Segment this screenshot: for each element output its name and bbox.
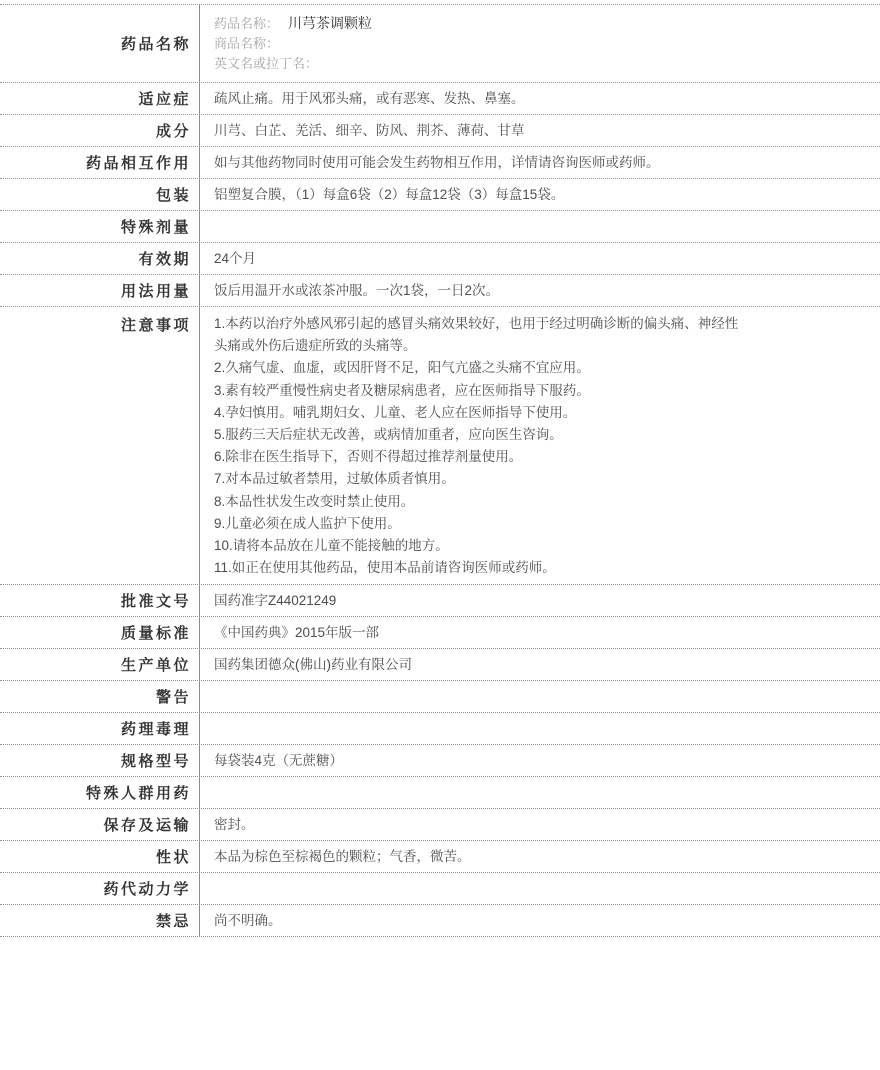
row-contraindications: 禁忌 尚不明确。 bbox=[0, 905, 880, 937]
row-label-manufacturer: 生产单位 bbox=[0, 649, 200, 680]
row-precautions: 注意事项 1.本药以治疗外感风邪引起的感冒头痛效果较好，也用于经过明确诊断的偏头… bbox=[0, 307, 880, 585]
row-value-drug-name: 药品名称： 川芎茶调颗粒 商品名称： 英文名或拉丁名： bbox=[200, 5, 880, 82]
row-value-packaging: 铝塑复合膜，（1）每盒6袋（2）每盒12袋（3）每盒15袋。 bbox=[200, 179, 880, 210]
row-label-indications: 适应症 bbox=[0, 83, 200, 114]
row-label-drug-interactions: 药品相互作用 bbox=[0, 147, 200, 178]
row-value-contraindications: 尚不明确。 bbox=[200, 905, 880, 936]
row-value-special-population bbox=[200, 777, 880, 808]
row-label-pharmacology-toxicology: 药理毒理 bbox=[0, 713, 200, 744]
generic-name-label: 药品名称： bbox=[214, 14, 279, 34]
row-warning: 警告 bbox=[0, 681, 880, 713]
row-label-dosage-usage: 用法用量 bbox=[0, 275, 200, 306]
row-special-dosage: 特殊剂量 bbox=[0, 211, 880, 243]
row-manufacturer: 生产单位 国药集团德众(佛山)药业有限公司 bbox=[0, 649, 880, 681]
row-value-special-dosage bbox=[200, 211, 880, 242]
row-value-shelf-life: 24个月 bbox=[200, 243, 880, 274]
row-label-approval-number: 批准文号 bbox=[0, 585, 200, 616]
row-drug-interactions: 药品相互作用 如与其他药物同时使用可能会发生药物相互作用，详情请咨询医师或药师。 bbox=[0, 147, 880, 179]
row-label-special-dosage: 特殊剂量 bbox=[0, 211, 200, 242]
generic-name-value: 川芎茶调颗粒 bbox=[288, 13, 372, 33]
row-value-specification: 每袋装4克（无蔗糖） bbox=[200, 745, 880, 776]
generic-name-field: 药品名称： 川芎茶调颗粒 bbox=[214, 13, 372, 34]
row-value-drug-interactions: 如与其他药物同时使用可能会发生药物相互作用，详情请咨询医师或药师。 bbox=[200, 147, 880, 178]
row-value-pharmacokinetics bbox=[200, 873, 880, 904]
row-label-shelf-life: 有效期 bbox=[0, 243, 200, 274]
row-value-approval-number: 国药准字Z44021249 bbox=[200, 585, 880, 616]
row-ingredients: 成分 川芎、白芷、羌活、细辛、防风、荆芥、薄荷、甘草 bbox=[0, 115, 880, 147]
row-indications: 适应症 疏风止痛。用于风邪头痛，或有恶寒、发热、鼻塞。 bbox=[0, 83, 880, 115]
row-value-storage-transport: 密封。 bbox=[200, 809, 880, 840]
row-special-population: 特殊人群用药 bbox=[0, 777, 880, 809]
row-label-warning: 警告 bbox=[0, 681, 200, 712]
row-shelf-life: 有效期 24个月 bbox=[0, 243, 880, 275]
row-label-packaging: 包装 bbox=[0, 179, 200, 210]
row-label-contraindications: 禁忌 bbox=[0, 905, 200, 936]
row-label-pharmacokinetics: 药代动力学 bbox=[0, 873, 200, 904]
row-value-quality-standard: 《中国药典》2015年版一部 bbox=[200, 617, 880, 648]
drug-info-table: 药品名称 药品名称： 川芎茶调颗粒 商品名称： 英文名或拉丁名： 适应症 疏风止… bbox=[0, 4, 880, 937]
trade-name-field: 商品名称： bbox=[214, 34, 288, 54]
row-label-properties: 性状 bbox=[0, 841, 200, 872]
row-value-precautions: 1.本药以治疗外感风邪引起的感冒头痛效果较好，也用于经过明确诊断的偏头痛、神经性… bbox=[200, 307, 880, 584]
row-value-properties: 本品为棕色至棕褐色的颗粒；气香，微苦。 bbox=[200, 841, 880, 872]
row-value-warning bbox=[200, 681, 880, 712]
row-pharmacokinetics: 药代动力学 bbox=[0, 873, 880, 905]
latin-name-label: 英文名或拉丁名： bbox=[214, 54, 318, 74]
row-specification: 规格型号 每袋装4克（无蔗糖） bbox=[0, 745, 880, 777]
row-pharmacology-toxicology: 药理毒理 bbox=[0, 713, 880, 745]
row-label-precautions: 注意事项 bbox=[0, 307, 200, 584]
row-label-storage-transport: 保存及运输 bbox=[0, 809, 200, 840]
row-quality-standard: 质量标准 《中国药典》2015年版一部 bbox=[0, 617, 880, 649]
row-value-ingredients: 川芎、白芷、羌活、细辛、防风、荆芥、薄荷、甘草 bbox=[200, 115, 880, 146]
row-label-drug-name: 药品名称 bbox=[0, 5, 200, 82]
row-dosage-usage: 用法用量 饭后用温开水或浓茶冲服。一次1袋，一日2次。 bbox=[0, 275, 880, 307]
row-value-pharmacology-toxicology bbox=[200, 713, 880, 744]
row-storage-transport: 保存及运输 密封。 bbox=[0, 809, 880, 841]
row-value-dosage-usage: 饭后用温开水或浓茶冲服。一次1袋，一日2次。 bbox=[200, 275, 880, 306]
row-drug-name: 药品名称 药品名称： 川芎茶调颗粒 商品名称： 英文名或拉丁名： bbox=[0, 5, 880, 83]
row-properties: 性状 本品为棕色至棕褐色的颗粒；气香，微苦。 bbox=[0, 841, 880, 873]
row-packaging: 包装 铝塑复合膜，（1）每盒6袋（2）每盒12袋（3）每盒15袋。 bbox=[0, 179, 880, 211]
row-label-ingredients: 成分 bbox=[0, 115, 200, 146]
row-label-specification: 规格型号 bbox=[0, 745, 200, 776]
row-label-quality-standard: 质量标准 bbox=[0, 617, 200, 648]
latin-name-field: 英文名或拉丁名： bbox=[214, 54, 327, 74]
row-value-indications: 疏风止痛。用于风邪头痛，或有恶寒、发热、鼻塞。 bbox=[200, 83, 880, 114]
row-label-special-population: 特殊人群用药 bbox=[0, 777, 200, 808]
trade-name-label: 商品名称： bbox=[214, 34, 279, 54]
row-approval-number: 批准文号 国药准字Z44021249 bbox=[0, 585, 880, 617]
row-value-manufacturer: 国药集团德众(佛山)药业有限公司 bbox=[200, 649, 880, 680]
